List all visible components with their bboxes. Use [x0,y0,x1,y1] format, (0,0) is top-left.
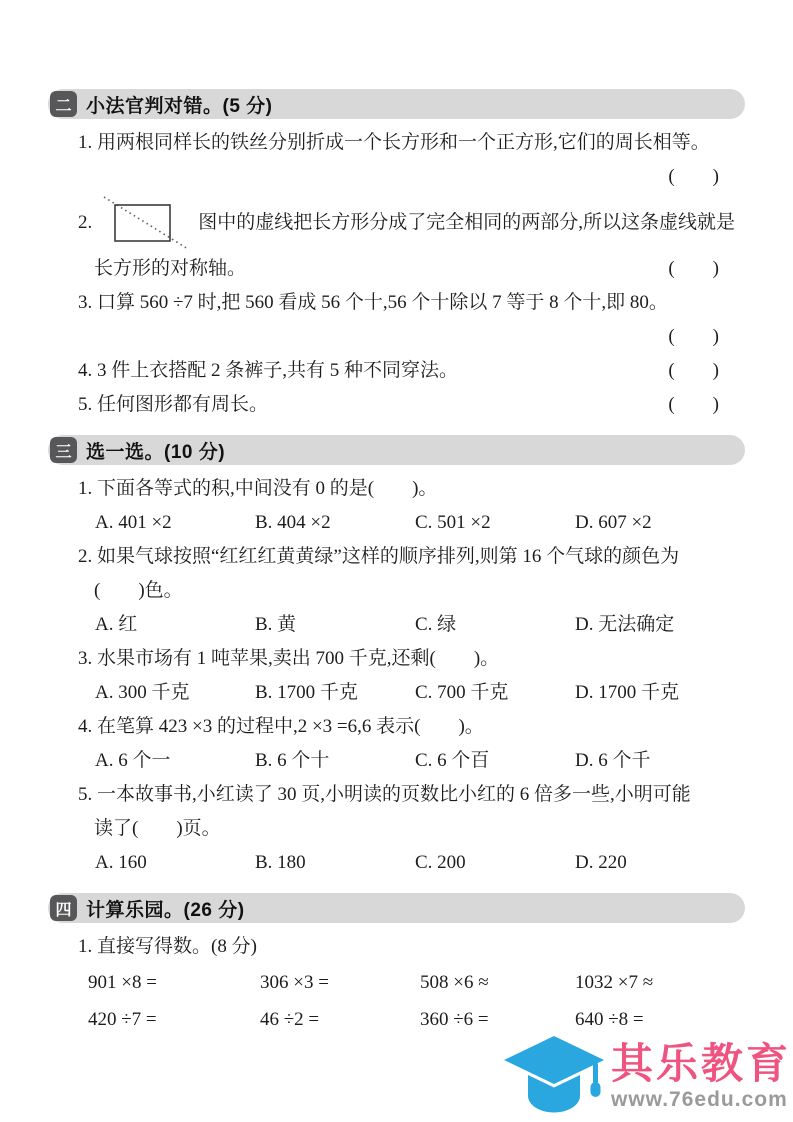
question-text: 长方形的对称轴。 [94,252,246,286]
calc-item: 508 ×6 ≈ [420,964,575,1001]
option-d: D. 无法确定 [575,608,674,642]
question-5: 5. 任何图形都有周长。 ( ) [48,388,745,422]
option-a: A. 401 ×2 [95,506,255,540]
section-title: 计算乐园。(26 分) [86,895,245,922]
option-b: B. 黄 [255,608,415,642]
calc-item: 640 ÷8 = [575,1001,644,1038]
question-5-continued: 读了( )页。 [48,812,745,846]
answer-bracket: ( ) [668,326,719,347]
logo-text-column: 其乐教育 www.76edu.com [611,1041,791,1112]
calc-item: 306 ×3 = [260,964,420,1001]
rectangle-diagonal-figure [100,194,192,252]
section-number-badge: 二 [50,91,77,117]
option-b: B. 180 [255,846,415,880]
options-row: A. 401 ×2 B. 404 ×2 C. 501 ×2 D. 607 ×2 [48,506,745,540]
option-b: B. 404 ×2 [255,506,415,540]
question-1: 1. 用两根同样长的铁丝分别折成一个长方形和一个正方形,它们的周长相等。 [48,126,745,160]
calc-row: 420 ÷7 = 46 ÷2 = 360 ÷6 = 640 ÷8 = [48,1001,745,1038]
section-body: 1. 直接写得数。(8 分) 901 ×8 = 306 ×3 = 508 ×6 … [48,923,745,1046]
answer-bracket-line: ( ) [48,320,745,354]
calc-item: 360 ÷6 = [420,1001,575,1038]
options-row: A. 6 个一 B. 6 个十 C. 6 个百 D. 6 个千 [48,744,745,778]
section-title: 选一选。(10 分) [86,437,225,464]
question-2-continued: 长方形的对称轴。 ( ) [48,252,745,286]
answer-bracket: ( ) [668,252,719,286]
option-d: D. 6 个千 [575,744,650,778]
option-b: B. 1700 千克 [255,676,415,710]
calc-item: 1032 ×7 ≈ [575,964,653,1001]
logo-name: 其乐教育 [611,1041,791,1087]
subquestion-title: 1. 直接写得数。(8 分) [48,930,745,964]
calc-item: 901 ×8 = [88,964,260,1001]
section-header: 四 计算乐园。(26 分) [48,893,745,923]
question-text: 读了( )页。 [94,812,221,846]
logo: 其乐教育 www.76edu.com [501,1034,791,1118]
graduation-cap-icon [501,1034,607,1118]
section-body: 1. 用两根同样长的铁丝分别折成一个长方形和一个正方形,它们的周长相等。 ( )… [48,119,745,430]
section-choice: 三 选一选。(10 分) 1. 下面各等式的积,中间没有 0 的是( )。 A.… [48,435,745,888]
option-a: A. 红 [95,608,255,642]
section-computation: 四 计算乐园。(26 分) 1. 直接写得数。(8 分) 901 ×8 = 30… [48,893,745,1046]
question-text: ( )色。 [94,574,183,608]
calc-item: 420 ÷7 = [88,1001,260,1038]
option-c: C. 200 [415,846,575,880]
option-a: A. 6 个一 [95,744,255,778]
calc-item: 46 ÷2 = [260,1001,420,1038]
section-judge: 二 小法官判对错。(5 分) 1. 用两根同样长的铁丝分别折成一个长方形和一个正… [48,89,745,430]
option-c: C. 6 个百 [415,744,575,778]
option-a: A. 160 [95,846,255,880]
answer-bracket: ( ) [668,388,719,422]
question-1: 1. 下面各等式的积,中间没有 0 的是( )。 [48,472,745,506]
worksheet-page: 二 小法官判对错。(5 分) 1. 用两根同样长的铁丝分别折成一个长方形和一个正… [0,0,793,1122]
section-title: 小法官判对错。(5 分) [86,91,273,118]
question-4: 4. 在笔算 423 ×3 的过程中,2 ×3 =6,6 表示( )。 [48,710,745,744]
question-5: 5. 一本故事书,小红读了 30 页,小明读的页数比小红的 6 倍多一些,小明可… [48,778,745,812]
option-c: C. 700 千克 [415,676,575,710]
options-row: A. 红 B. 黄 C. 绿 D. 无法确定 [48,608,745,642]
section-number-badge: 三 [50,437,77,463]
answer-bracket: ( ) [668,354,719,388]
logo-url: www.76edu.com [611,1087,788,1112]
question-2: 2. 如果气球按照“红红红黄黄绿”这样的顺序排列,则第 16 个气球的颜色为 [48,540,745,574]
section-header: 三 选一选。(10 分) [48,435,745,465]
question-text: 图中的虚线把长方形分成了完全相同的两部分,所以这条虚线就是 [198,206,735,240]
option-c: C. 501 ×2 [415,506,575,540]
question-number: 2. [78,206,92,240]
question-4: 4. 3 件上衣搭配 2 条裤子,共有 5 种不同穿法。 ( ) [48,354,745,388]
question-text: 5. 任何图形都有周长。 [78,388,268,422]
answer-bracket: ( ) [668,166,719,187]
option-d: D. 220 [575,846,627,880]
option-c: C. 绿 [415,608,575,642]
worksheet-content: 二 小法官判对错。(5 分) 1. 用两根同样长的铁丝分别折成一个长方形和一个正… [0,0,793,1046]
option-d: D. 607 ×2 [575,506,652,540]
question-2: 2. 图中的虚线把长方形分成了完全相同的两部分,所以这条虚线就是 [48,194,745,252]
section-body: 1. 下面各等式的积,中间没有 0 的是( )。 A. 401 ×2 B. 40… [48,465,745,888]
question-3: 3. 口算 560 ÷7 时,把 560 看成 56 个十,56 个十除以 7 … [48,286,745,320]
option-d: D. 1700 千克 [575,676,679,710]
option-a: A. 300 千克 [95,676,255,710]
options-row: A. 160 B. 180 C. 200 D. 220 [48,846,745,880]
section-header: 二 小法官判对错。(5 分) [48,89,745,119]
question-3: 3. 水果市场有 1 吨苹果,卖出 700 千克,还剩( )。 [48,642,745,676]
question-text: 4. 3 件上衣搭配 2 条裤子,共有 5 种不同穿法。 [78,354,458,388]
question-2-continued: ( )色。 [48,574,745,608]
option-b: B. 6 个十 [255,744,415,778]
calc-row: 901 ×8 = 306 ×3 = 508 ×6 ≈ 1032 ×7 ≈ [48,964,745,1001]
answer-bracket-line: ( ) [48,160,745,194]
section-number-badge: 四 [50,895,77,921]
options-row: A. 300 千克 B. 1700 千克 C. 700 千克 D. 1700 千… [48,676,745,710]
